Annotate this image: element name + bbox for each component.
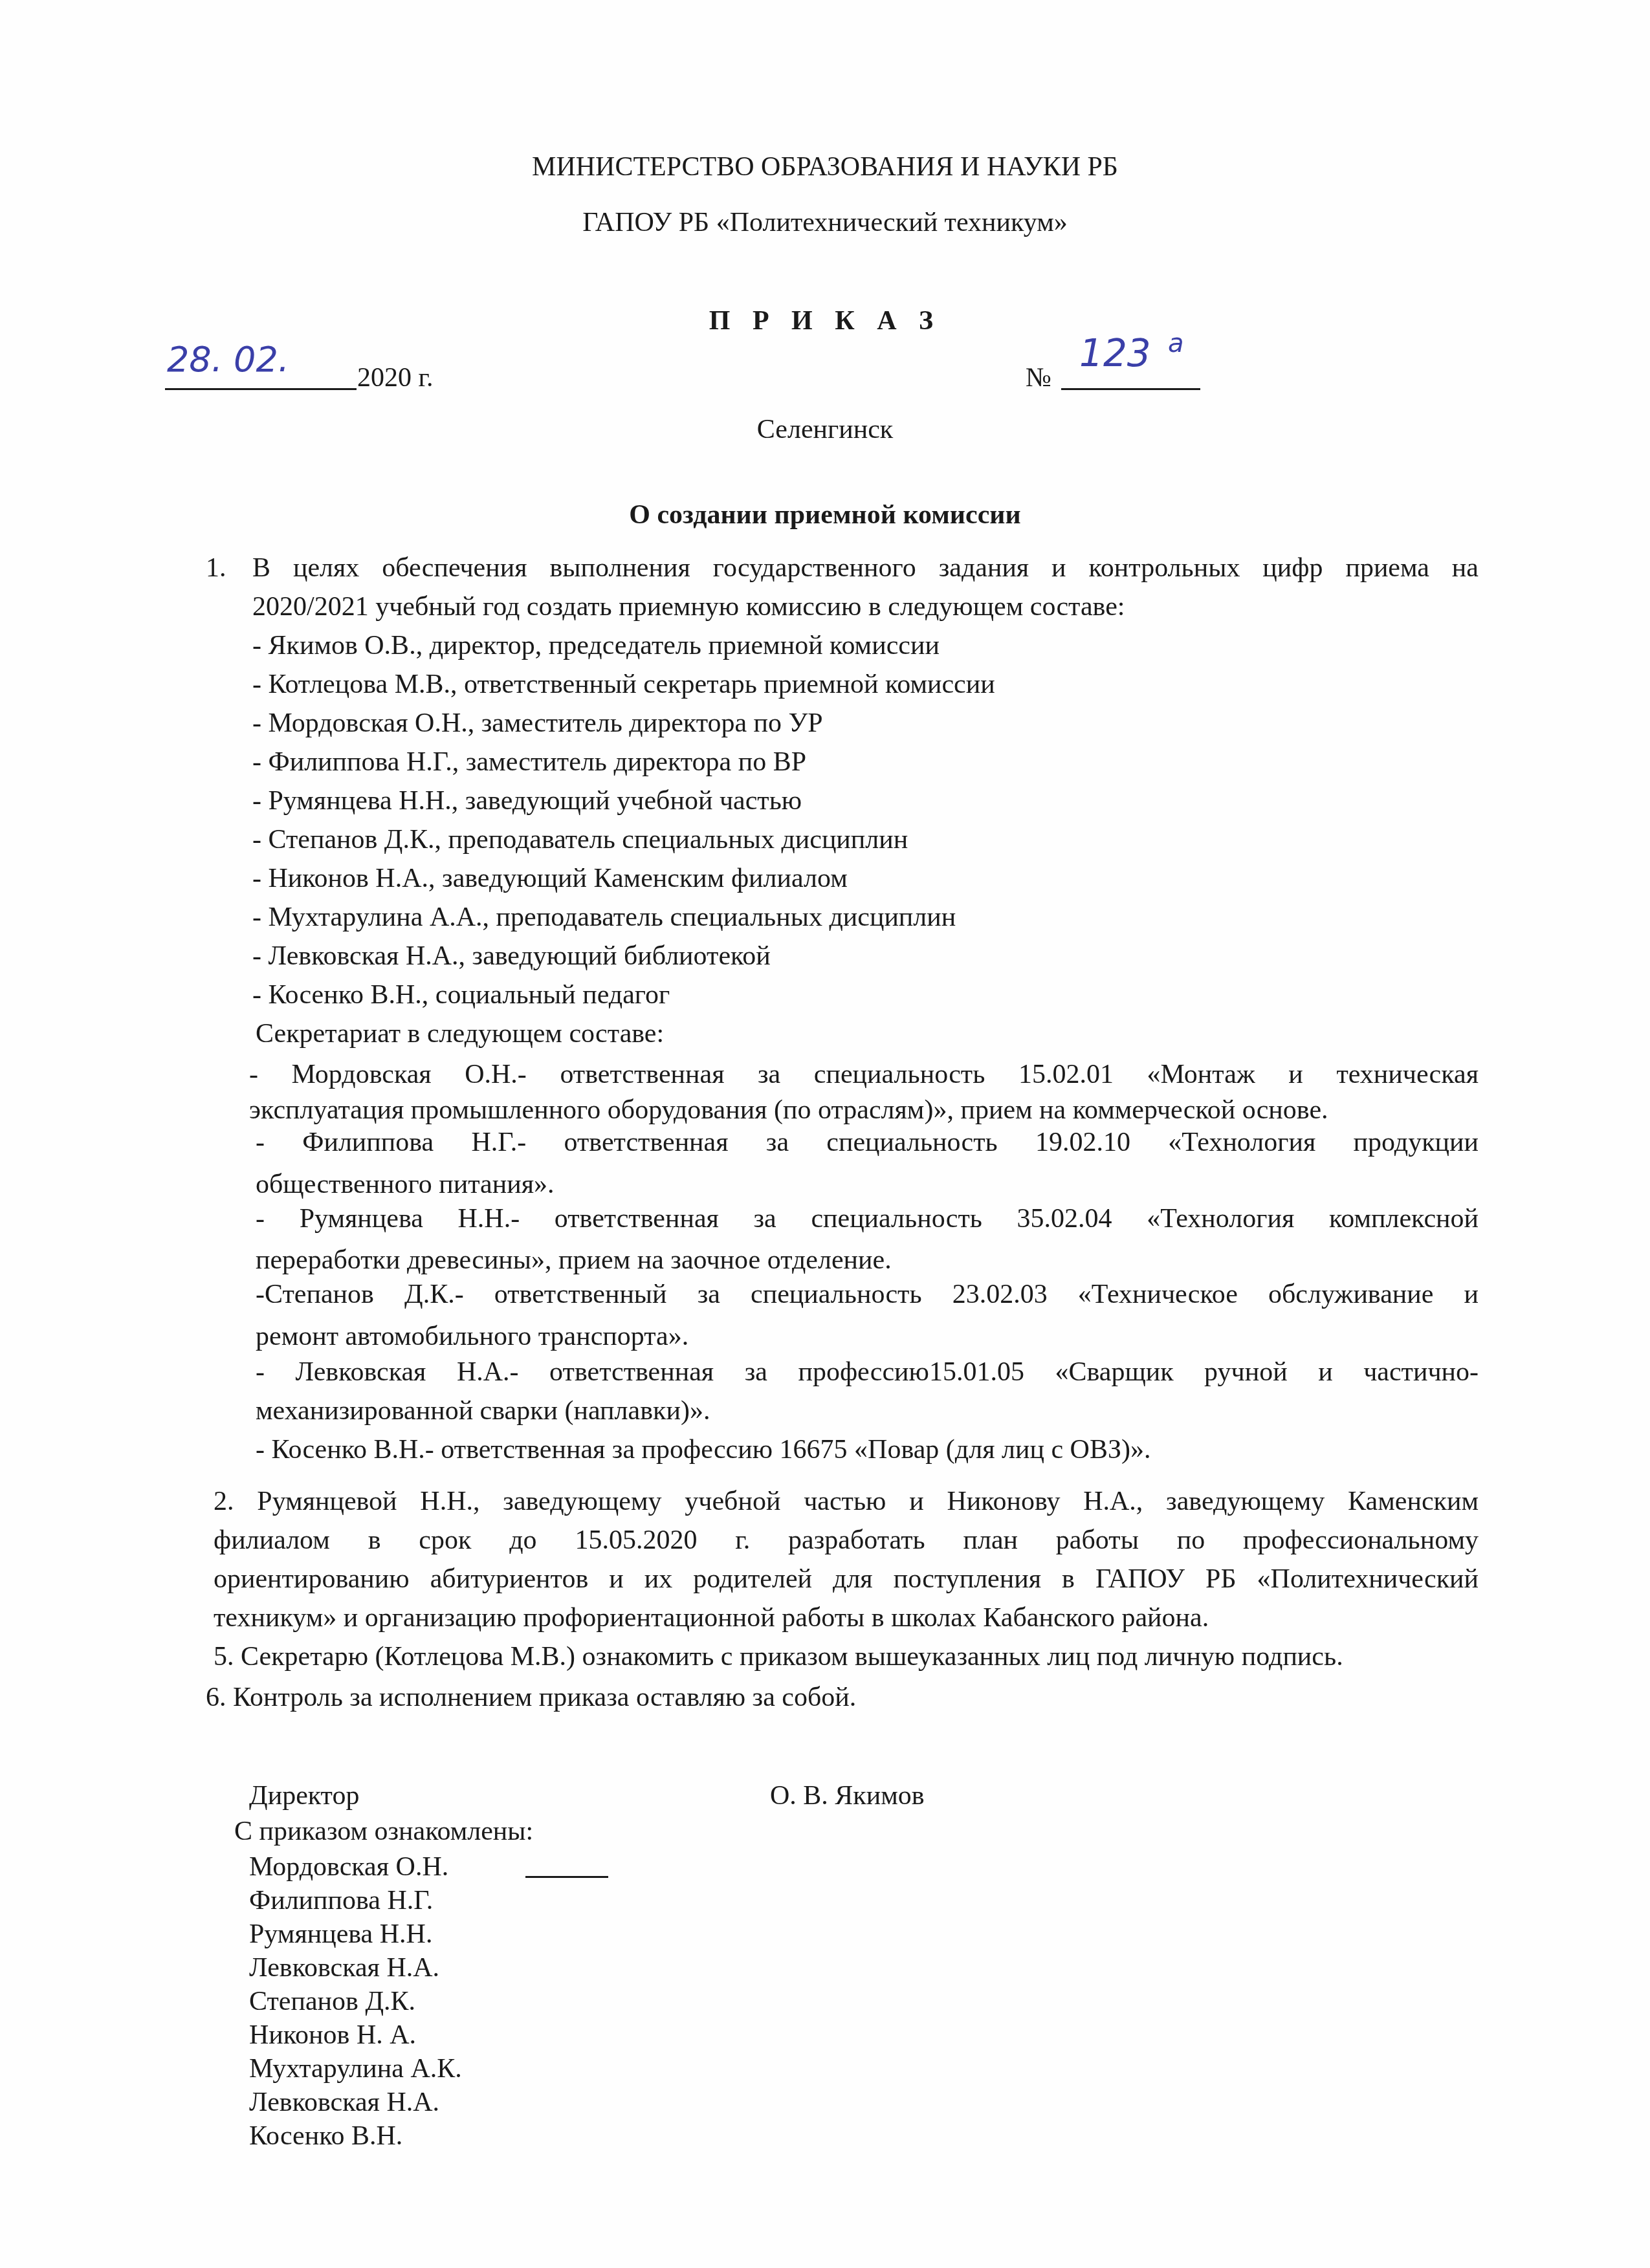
secretariat-item-line-1: - Филиппова Н.Г.- ответственная за специ…: [256, 1126, 1479, 1159]
signature-line: [525, 1876, 608, 1878]
city: Селенгинск: [0, 413, 1650, 446]
acknowledged-name: Косенко В.Н.: [249, 2119, 402, 2153]
secretariat-heading: Секретариат в следующем составе:: [256, 1017, 664, 1051]
item-2-line-3: ориентированию абитуриентов и их родител…: [214, 1562, 1479, 1596]
acknowledged-name: Мордовская О.Н.: [249, 1850, 448, 1884]
handwritten-date: 28. 02.: [167, 343, 289, 376]
ministry-heading: МИНИСТЕРСТВО ОБРАЗОВАНИЯ И НАУКИ РБ: [0, 150, 1650, 184]
number-underline: [1061, 388, 1200, 390]
item-2-line-4: техникум» и организацию профориентационн…: [214, 1601, 1209, 1635]
acknowledged-name: Филиппова Н.Г.: [249, 1884, 433, 1917]
secretariat-item-line-1: - Косенко В.Н.- ответственная за професс…: [256, 1433, 1150, 1467]
secretariat-item-line-1: - Мордовская О.Н.- ответственная за спец…: [249, 1058, 1479, 1091]
item-2-line-1: 2. Румянцевой Н.Н., заведующему учебной …: [214, 1485, 1479, 1518]
order-number-suffix: а: [1168, 327, 1184, 360]
handwritten-order-number: 123: [1079, 336, 1151, 370]
date-underline: [165, 388, 357, 390]
number-sign: №: [1026, 361, 1051, 395]
item-1-intro-line-1: В целях обеспечения выполнения государст…: [252, 551, 1479, 585]
secretariat-item-line-2: эксплуатация промышленного оборудования …: [249, 1093, 1328, 1127]
institution-heading: ГАПОУ РБ «Политехнический техникум»: [0, 206, 1650, 239]
item-1-number: 1.: [206, 551, 226, 585]
member-item: - Якимов О.В., директор, председатель пр…: [252, 629, 940, 662]
acknowledged-heading: С приказом ознакомлены:: [234, 1815, 533, 1848]
scanned-document-page: МИНИСТЕРСТВО ОБРАЗОВАНИЯ И НАУКИ РБ ГАПО…: [0, 0, 1650, 2268]
member-item: - Степанов Д.К., преподаватель специальн…: [252, 823, 908, 856]
order-title: П Р И К А З: [0, 304, 1650, 338]
member-item: - Румянцева Н.Н., заведующий учебной час…: [252, 784, 802, 818]
member-item: - Косенко В.Н., социальный педагог: [252, 978, 670, 1012]
order-subject: О создании приемной комиссии: [0, 498, 1650, 532]
acknowledged-name: Степанов Д.К.: [249, 1985, 415, 2018]
secretariat-item-line-2: механизированной сварки (наплавки)».: [256, 1394, 710, 1428]
member-item: - Никонов Н.А., заведующий Каменским фил…: [252, 862, 848, 895]
member-item: - Мухтарулина А.А., преподаватель специа…: [252, 900, 956, 934]
director-position: Директор: [249, 1779, 359, 1813]
order-year: 2020 г.: [357, 361, 434, 395]
acknowledged-name: Мухтарулина А.К.: [249, 2052, 462, 2086]
member-item: - Мордовская О.Н., заместитель директора…: [252, 706, 823, 740]
member-item: - Котлецова М.В., ответственный секретар…: [252, 668, 995, 701]
secretariat-item-line-2: ремонт автомобильного транспорта».: [256, 1320, 688, 1353]
acknowledged-name: Левковская Н.А.: [249, 1951, 439, 1985]
director-name: О. В. Якимов: [770, 1779, 925, 1813]
secretariat-item-line-1: -Степанов Д.К.- ответственный за специал…: [256, 1278, 1479, 1311]
secretariat-item-line-1: - Румянцева Н.Н.- ответственная за специ…: [256, 1202, 1479, 1236]
acknowledged-name: Никонов Н. А.: [249, 2018, 416, 2052]
member-item: - Филиппова Н.Г., заместитель директора …: [252, 745, 806, 779]
acknowledged-name: Румянцева Н.Н.: [249, 1917, 432, 1951]
member-item: - Левковская Н.А., заведующий библиотеко…: [252, 939, 771, 973]
acknowledged-name: Левковская Н.А.: [249, 2086, 439, 2119]
secretariat-item-line-2: общественного питания».: [256, 1168, 555, 1201]
item-2-line-2: филиалом в срок до 15.05.2020 г. разрабо…: [214, 1523, 1479, 1557]
secretariat-item-line-1: - Левковская Н.А.- ответственная за проф…: [256, 1355, 1479, 1389]
item-5: 5. Секретарю (Котлецова М.В.) ознакомить…: [214, 1640, 1343, 1674]
item-6: 6. Контроль за исполнением приказа остав…: [206, 1681, 856, 1714]
item-1-intro-line-2: 2020/2021 учебный год создать приемную к…: [252, 590, 1125, 624]
secretariat-item-line-2: переработки древесины», прием на заочное…: [256, 1243, 892, 1277]
